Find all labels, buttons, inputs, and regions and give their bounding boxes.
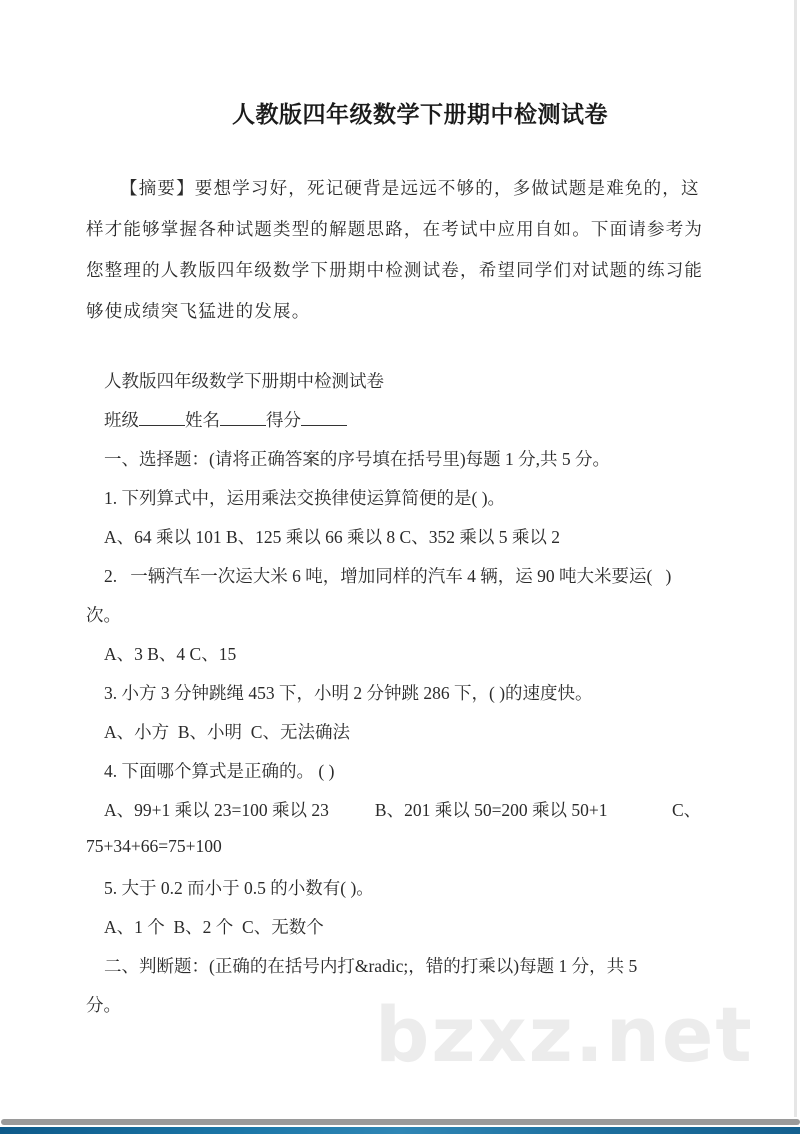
question-4-option-b: B、201 乘以 50=200 乘以 50+1	[375, 800, 608, 820]
class-label: 班级	[104, 410, 139, 430]
question-2: 2. 一辆汽车一次运大米 6 吨，增加同样的汽车 4 辆，运 90 吨大米要运(…	[104, 563, 671, 588]
abstract-paragraph: 【摘要】要想学习好，死记硬背是远远不够的，多做试题是难免的，这样才能够掌握各种试…	[86, 168, 706, 332]
question-4-options: A、99+1 乘以 23=100 乘以 23B、201 乘以 50=200 乘以…	[104, 797, 608, 822]
name-blank	[220, 411, 266, 426]
question-2-options: A、3 B、4 C、15	[104, 641, 236, 666]
document-title: 人教版四年级数学下册期中检测试卷	[0, 96, 800, 129]
name-label: 姓名	[185, 410, 220, 430]
horizontal-scrollbar[interactable]	[0, 1118, 800, 1126]
document-page: 人教版四年级数学下册期中检测试卷 【摘要】要想学习好，死记硬背是远远不够的，多做…	[0, 0, 797, 1117]
score-label: 得分	[266, 410, 301, 430]
question-2-cont: 次。	[86, 602, 121, 627]
question-4-option-a: A、99+1 乘以 23=100 乘以 23	[104, 800, 329, 820]
section1-heading: 一、选择题：(请将正确答案的序号填在括号里)每题 1 分,共 5 分。	[104, 446, 610, 471]
watermark: bzxz.net	[375, 990, 754, 1079]
question-3: 3. 小方 3 分钟跳绳 453 下，小明 2 分钟跳 286 下，( )的速度…	[104, 680, 593, 705]
question-1-options: A、64 乘以 101 B、125 乘以 66 乘以 8 C、352 乘以 5 …	[104, 524, 560, 549]
question-1: 1. 下列算式中，运用乘法交换律使运算简便的是( )。	[104, 485, 505, 510]
scrollbar-thumb[interactable]	[1, 1119, 800, 1125]
question-5-options: A、1 个 B、2 个 C、无数个	[104, 914, 324, 939]
question-5: 5. 大于 0.2 而小于 0.5 的小数有( )。	[104, 875, 374, 900]
student-info-fields: 班级姓名得分	[104, 407, 347, 432]
question-4: 4. 下面哪个算式是正确的。 ( )	[104, 758, 334, 783]
exam-subtitle: 人教版四年级数学下册期中检测试卷	[104, 368, 384, 393]
section2-heading: 二、判断题：(正确的在括号内打&radic;，错的打乘以)每题 1 分，共 5	[104, 953, 637, 978]
question-4-option-c: 75+34+66=75+100	[86, 836, 222, 857]
class-blank	[139, 411, 185, 426]
score-blank	[301, 411, 347, 426]
question-4-option-c-label: C、	[672, 797, 701, 822]
section2-heading-cont: 分。	[86, 992, 121, 1017]
question-3-options: A、小方 B、小明 C、无法确法	[104, 719, 350, 744]
desktop-taskbar-edge	[0, 1127, 800, 1134]
